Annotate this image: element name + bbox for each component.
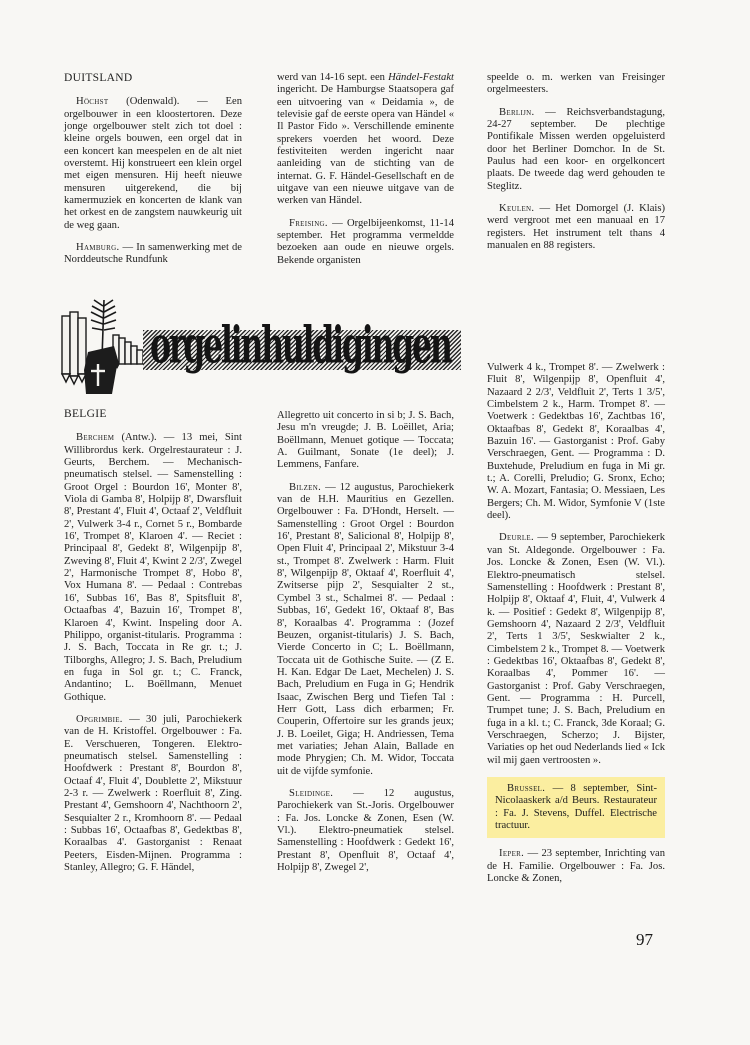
article-text: ingericht. De Hamburgse Staatsopera gaf … [277, 84, 454, 206]
banner-title: orgelinhuldigingen [150, 312, 380, 381]
article-brussel-highlighted: Brussel. — 8 september, Sint-Nicolaasker… [487, 777, 665, 838]
place-name: Berchem [76, 432, 114, 443]
place-name: Deurle. [499, 532, 534, 543]
top-column-1: DUITSLAND Höchst (Odenwald). — Een orgel… [64, 72, 242, 267]
bottom-column-1: BELGIE Berchem (Antw.). — 13 mei, Sint W… [64, 408, 242, 874]
article-berlijn: Berlijn. — Reichsverbandstagung, 24-27 s… [487, 107, 665, 193]
article-text: — 30 juli, Parochiekerk van de H. Kristo… [64, 714, 242, 873]
article-opgrimbie: Opgrimbie. — 30 juli, Parochiekerk van d… [64, 714, 242, 874]
place-name: Bilzen. [289, 482, 321, 493]
article-text: — 12 augustus, Parochiekerk van de H.H. … [277, 482, 454, 777]
magazine-page: DUITSLAND Höchst (Odenwald). — Een orgel… [0, 0, 750, 1045]
article-text: — 9 september, Parochiekerk van St. Alde… [487, 532, 665, 765]
section-heading-duitsland: DUITSLAND [64, 72, 242, 84]
place-name: Brussel. [507, 783, 545, 794]
bottom-column-2: Allegretto uit concerto in si b; J. S. B… [277, 410, 454, 874]
article-bilzen: Bilzen. — 12 augustus, Parochiekerk van … [277, 482, 454, 778]
place-name: Keulen. [499, 203, 534, 214]
place-name: Sleidinge. [289, 788, 333, 799]
article-hochst: Höchst (Odenwald). — Een orgelbouwer in … [64, 96, 242, 232]
place-name: Hamburg. [76, 242, 119, 253]
article-sleidinge-continued: Vulwerk 4 k., Trompet 8'. — Zwelwerk : F… [487, 362, 665, 522]
article-opgrimbie-continued: Allegretto uit concerto in si b; J. S. B… [277, 410, 454, 472]
article-freising: Freising. — Orgelbijeenkomst, 11-14 sept… [277, 218, 454, 267]
article-ieper: Ieper. — 23 september, Inrichting van de… [487, 848, 665, 885]
article-hamburg: Hamburg. — In samenwerking met de Nordde… [64, 242, 242, 267]
place-name: Opgrimbie. [76, 714, 123, 725]
article-keulen: Keulen. — Het Domorgel (J. Klais) werd v… [487, 203, 665, 252]
event-name: Händel-Festakt [388, 72, 454, 83]
article-text: (Odenwald). — Een orgelbouwer in een klo… [64, 96, 242, 230]
bottom-column-3: Vulwerk 4 k., Trompet 8'. — Zwelwerk : F… [487, 362, 665, 885]
top-column-3: speelde o. m. werken van Freisinger orge… [487, 72, 665, 252]
article-text: (Antw.). — 13 mei, Sint Willibrordus ker… [64, 432, 242, 702]
top-column-2: werd van 14-16 sept. een Händel-Festakt … [277, 72, 454, 267]
article-berchem: Berchem (Antw.). — 13 mei, Sint Willibro… [64, 432, 242, 704]
article-text: — 12 augustus, Parochiekerk van St.-Jori… [277, 788, 454, 873]
page-number: 97 [636, 930, 653, 950]
article-text: werd van 14-16 sept. een [277, 72, 388, 83]
article-hamburg-continued: werd van 14-16 sept. een Händel-Festakt … [277, 72, 454, 208]
article-sleidinge: Sleidinge. — 12 augustus, Parochiekerk v… [277, 788, 454, 874]
place-name: Ieper. [499, 848, 524, 859]
section-heading-belgie: BELGIE [64, 408, 242, 420]
place-name: Berlijn. [499, 107, 534, 118]
article-deurle: Deurle. — 9 september, Parochiekerk van … [487, 532, 665, 767]
article-text: — Reichsverbandstagung, 24-27 september.… [487, 107, 665, 192]
place-name: Höchst [76, 96, 108, 107]
section-banner: orgelinhuldigingen [58, 290, 468, 395]
place-name: Freising. [289, 218, 328, 229]
article-freising-continued: speelde o. m. werken van Freisinger orge… [487, 72, 665, 97]
